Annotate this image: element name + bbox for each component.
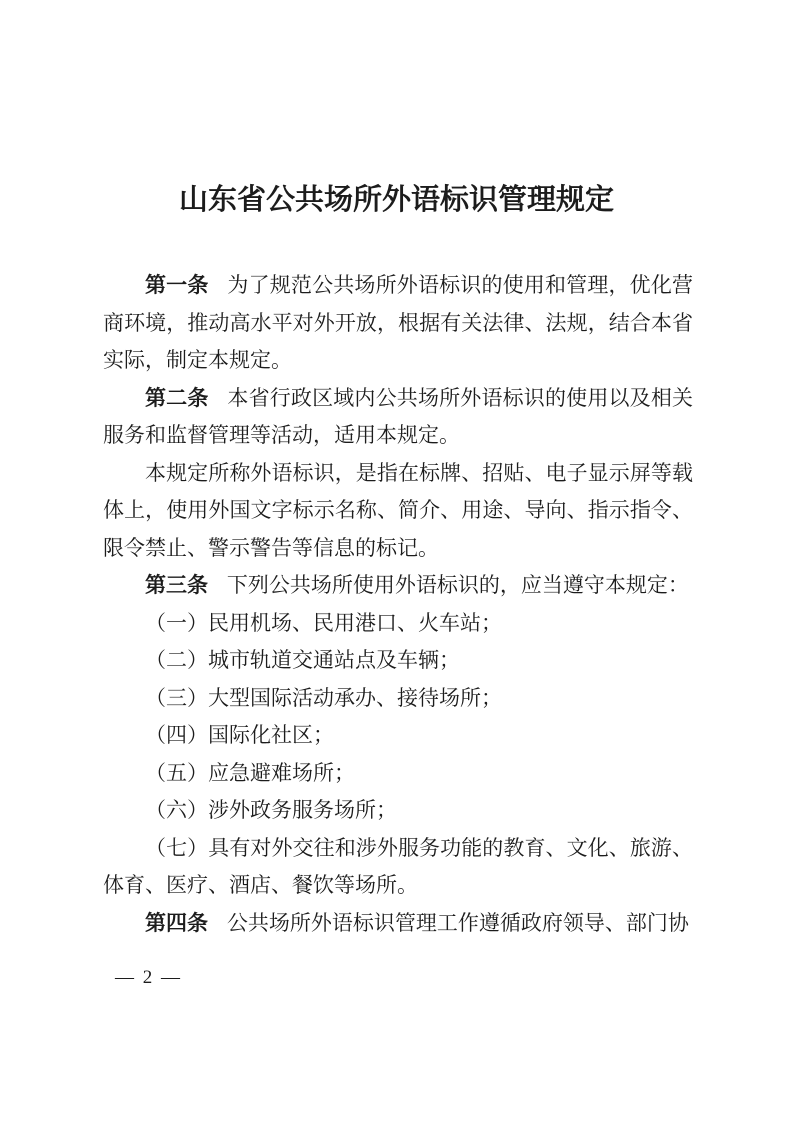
paragraph-article-2: 第二条本省行政区域内公共场所外语标识的使用以及相关服务和监督管理等活动，适用本规… bbox=[103, 380, 693, 455]
article-number-label: 第二条 bbox=[145, 387, 209, 410]
list-item-text: （七）具有对外交往和涉外服务功能的教育、文化、旅游、体育、医疗、酒店、餐饮等场所… bbox=[103, 836, 693, 898]
list-item-1: （一）民用机场、民用港口、火车站； bbox=[103, 605, 693, 643]
paragraph-article-3: 第三条下列公共场所使用外语标识的，应当遵守本规定： bbox=[103, 567, 693, 605]
paragraph-text: 本规定所称外语标识，是指在标牌、招贴、电子显示屏等载体上，使用外国文字标示名称、… bbox=[103, 461, 693, 560]
paragraph-text: 公共场所外语标识管理工作遵循政府领导、部门协 bbox=[227, 911, 689, 935]
list-item-text: （三）大型国际活动承办、接待场所； bbox=[145, 686, 502, 710]
list-item-3: （三）大型国际活动承办、接待场所； bbox=[103, 680, 693, 718]
article-number-label: 第一条 bbox=[145, 274, 209, 297]
list-item-text: （一）民用机场、民用港口、火车站； bbox=[145, 611, 502, 635]
article-number-label: 第四条 bbox=[145, 912, 208, 935]
list-item-text: （六）涉外政务服务场所； bbox=[145, 798, 397, 822]
paragraph-article-4: 第四条公共场所外语标识管理工作遵循政府领导、部门协 bbox=[103, 905, 693, 943]
paragraph-definition: 本规定所称外语标识，是指在标牌、招贴、电子显示屏等载体上，使用外国文字标示名称、… bbox=[103, 455, 693, 568]
list-item-6: （六）涉外政务服务场所； bbox=[103, 792, 693, 830]
article-number-label: 第三条 bbox=[145, 574, 208, 597]
list-item-text: （五）应急避难场所； bbox=[145, 761, 355, 785]
list-item-2: （二）城市轨道交通站点及车辆； bbox=[103, 642, 693, 680]
list-item-5: （五）应急避难场所； bbox=[103, 755, 693, 793]
list-item-7: （七）具有对外交往和涉外服务功能的教育、文化、旅游、体育、医疗、酒店、餐饮等场所… bbox=[103, 830, 693, 905]
list-item-text: （四）国际化社区； bbox=[145, 723, 334, 747]
document-page: 山东省公共场所外语标识管理规定 第一条为了规范公共场所外语标识的使用和管理，优化… bbox=[0, 0, 793, 1122]
paragraph-article-1: 第一条为了规范公共场所外语标识的使用和管理，优化营商环境，推动高水平对外开放，根… bbox=[103, 267, 693, 380]
page-number: — 2 — bbox=[115, 966, 182, 990]
list-item-4: （四）国际化社区； bbox=[103, 717, 693, 755]
paragraph-text: 下列公共场所使用外语标识的，应当遵守本规定： bbox=[227, 573, 689, 597]
list-item-text: （二）城市轨道交通站点及车辆； bbox=[145, 648, 460, 672]
document-body: 第一条为了规范公共场所外语标识的使用和管理，优化营商环境，推动高水平对外开放，根… bbox=[103, 267, 693, 942]
document-title: 山东省公共场所外语标识管理规定 bbox=[0, 184, 793, 217]
